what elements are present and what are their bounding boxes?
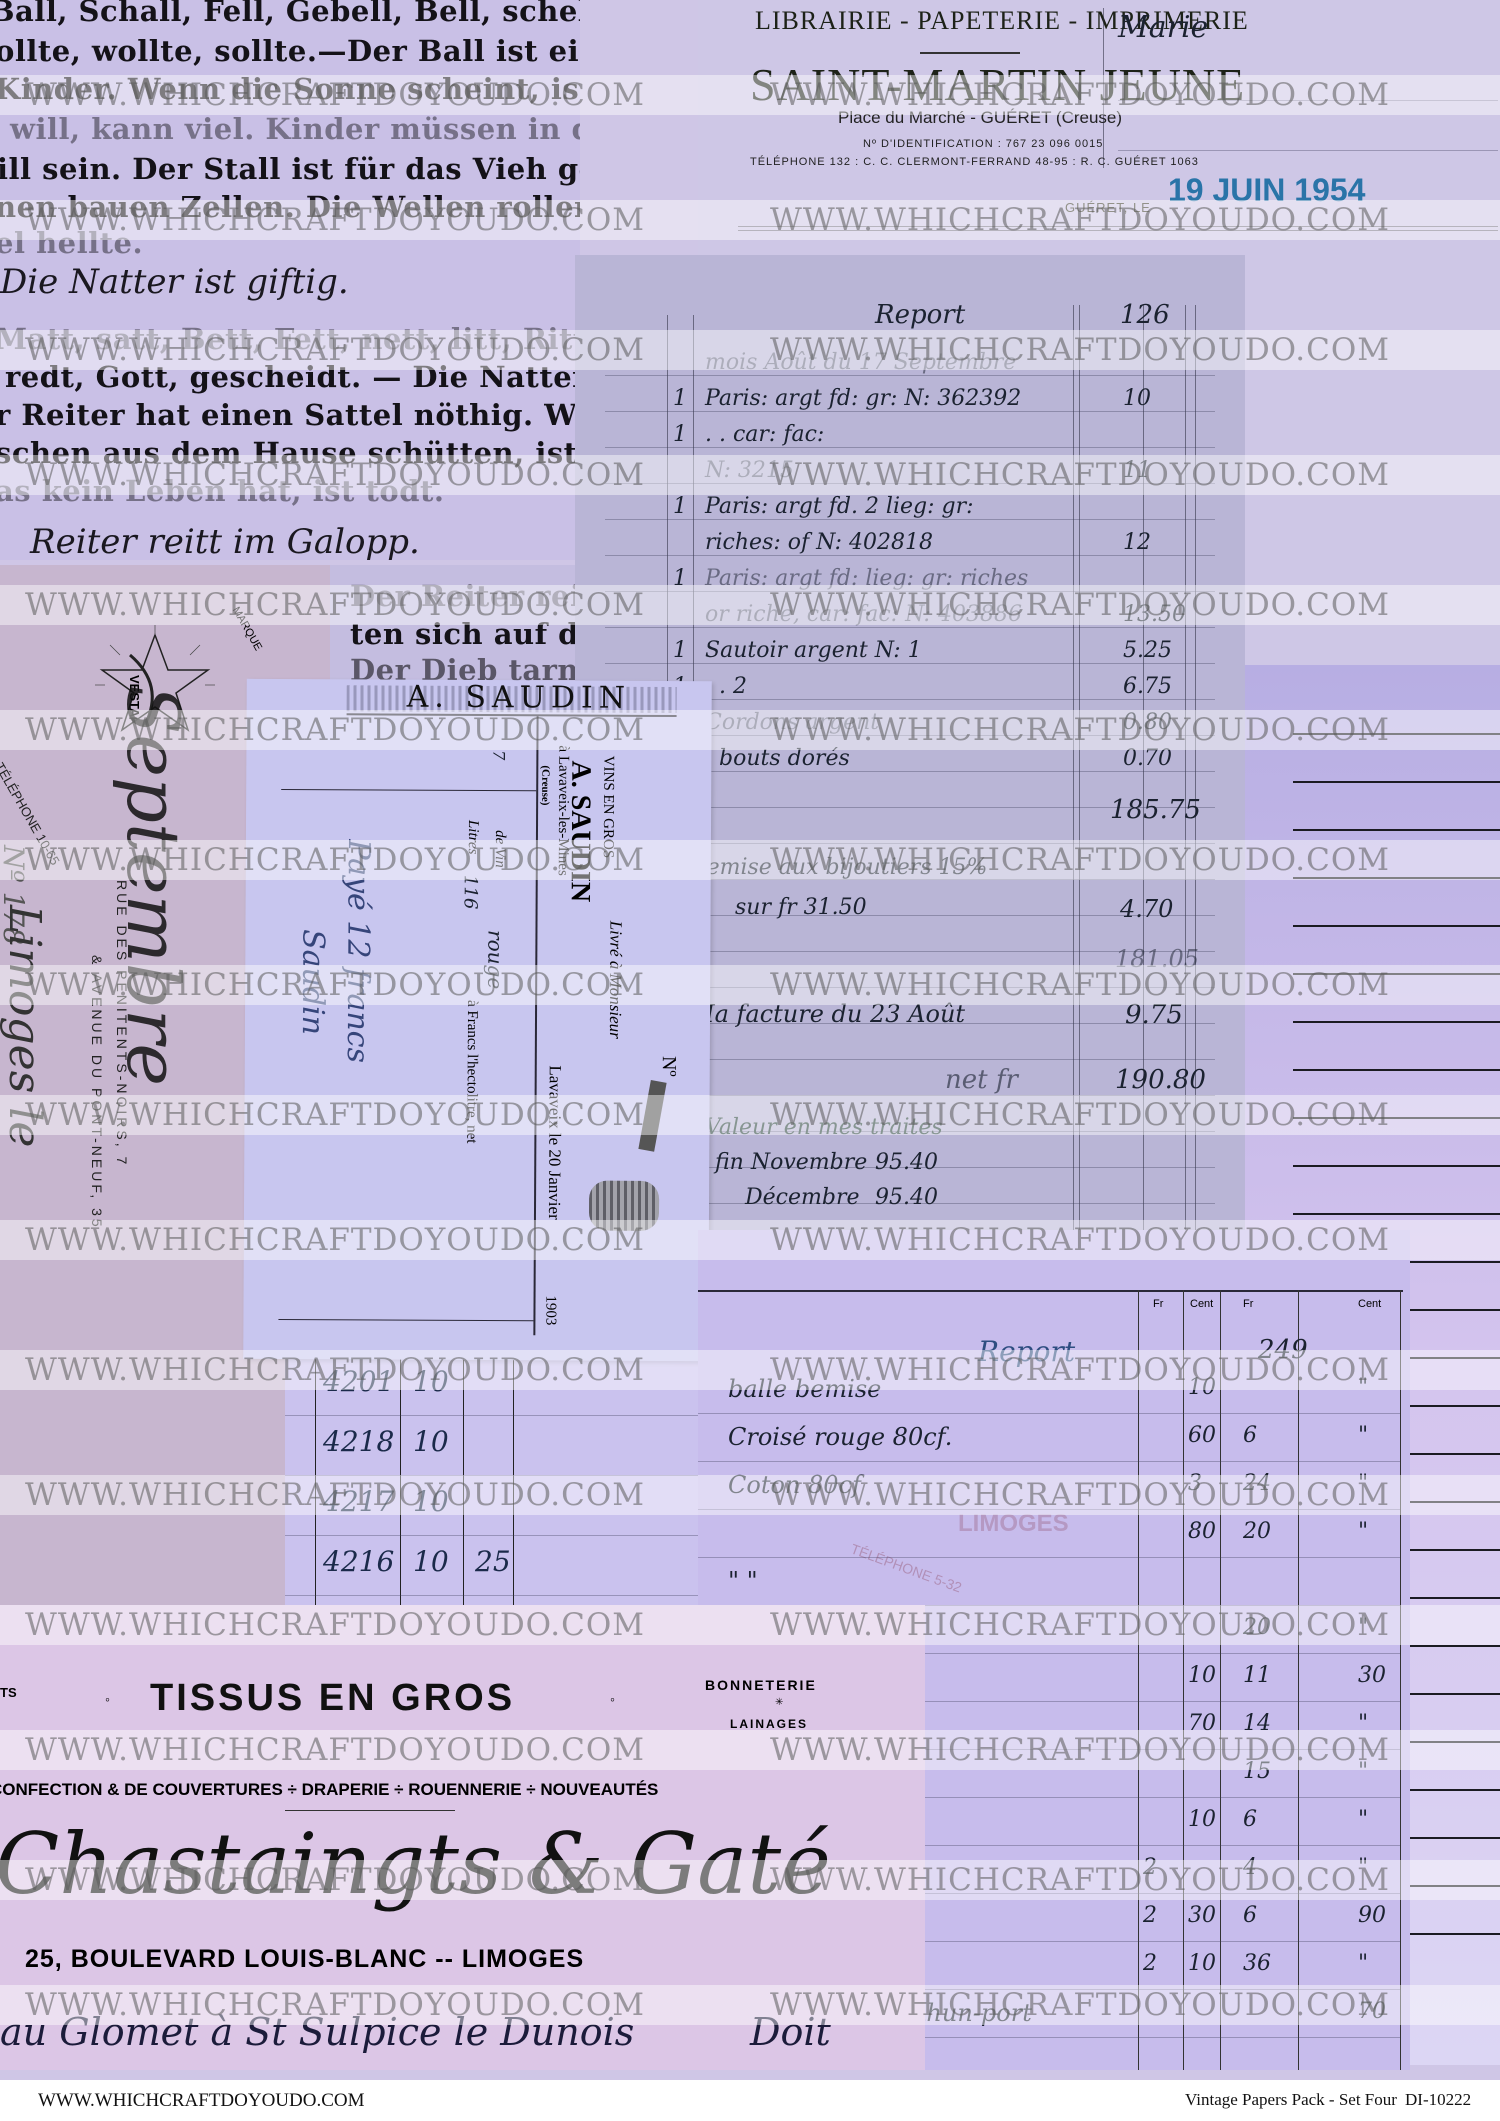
- ledger-fin-nov: fin Novembre: [715, 1150, 867, 1175]
- saudin-year: 1903: [541, 1295, 558, 1325]
- tissus-fragment: TS: [0, 1685, 17, 1700]
- saudin-no-label: Nº: [657, 1056, 680, 1077]
- col-header-fr: Fr: [1243, 1298, 1253, 1310]
- ornament-icon: ✳: [775, 1697, 783, 1708]
- footer-site: WWW.WHICHCRAFTDOYOUDO.COM: [38, 2090, 365, 2112]
- page-footer: WWW.WHICHCRAFTDOYOUDO.COM Vintage Papers…: [0, 2080, 1500, 2121]
- ledger-row-amount: 12: [1123, 530, 1151, 555]
- watermark-text: WWW.WHICHCRAFTDOYOUDO.COM: [770, 1732, 1390, 1768]
- invoice-stamp: TÉLÉPHONE 5-32: [849, 1541, 964, 1596]
- ledger-fin-dec: Décembre: [745, 1185, 859, 1210]
- ornament-icon: ◦: [105, 1691, 110, 1707]
- watermark-text: WWW.WHICHCRAFTDOYOUDO.COM: [770, 202, 1390, 238]
- ledger-row-amount: 10: [1123, 386, 1151, 411]
- rule: [1118, 150, 1498, 151]
- primer-line: will, kann viel. Kinder müssen in der: [10, 112, 580, 146]
- primer-line: Ball, Schall, Fell, Gebell, Bell, schell…: [0, 0, 580, 28]
- ledger-row-qty: 1: [673, 638, 687, 663]
- ledger-net-label: net fr: [945, 1065, 1018, 1095]
- tissus-address: 25, BOULEVARD LOUIS-BLANC -- LIMOGES: [25, 1945, 584, 1974]
- watermark-text: WWW.WHICHCRAFTDOYOUDO.COM: [25, 77, 645, 113]
- invoice-row-amount: 6: [1243, 1903, 1257, 1928]
- invoice-row-amount: 36: [1243, 1951, 1271, 1976]
- primer-line: ollte, wollte, sollte.—Der Ball ist ein …: [0, 34, 580, 68]
- invoice-row-amount: 10: [1188, 1663, 1216, 1688]
- watermark-text: WWW.WHICHCRAFTDOYOUDO.COM: [770, 1862, 1390, 1898]
- watermark-text: WWW.WHICHCRAFTDOYOUDO.COM: [770, 1097, 1390, 1133]
- watermark-text: WWW.WHICHCRAFTDOYOUDO.COM: [770, 457, 1390, 493]
- watermark-text: WWW.WHICHCRAFTDOYOUDO.COM: [770, 1477, 1390, 1513]
- watermark-text: WWW.WHICHCRAFTDOYOUDO.COM: [770, 842, 1390, 878]
- invoice-row-amount: 10: [1188, 1807, 1216, 1832]
- watermark-text: WWW.WHICHCRAFTDOYOUDO.COM: [770, 1352, 1390, 1388]
- left-ledger-cell: 4216: [323, 1545, 394, 1578]
- footer-code: DI-10222: [1405, 2090, 1471, 2110]
- invoice-row-amount: 90: [1358, 1903, 1386, 1928]
- watermark-text: WWW.WHICHCRAFTDOYOUDO.COM: [25, 1222, 645, 1258]
- ledger-report-label: Report: [875, 300, 965, 330]
- invoice-row-amount: ": [1358, 1951, 1368, 1976]
- left-ledger-cell: 4218: [323, 1425, 394, 1458]
- ledger-fin-nov-amount: 95.40: [875, 1150, 938, 1175]
- company-phone: TÉLÉPHONE 132 : C. C. CLERMONT-FERRAND 4…: [750, 156, 1199, 168]
- tissus-side-1: BONNETERIE: [705, 1677, 817, 1693]
- watermark-text: WWW.WHICHCRAFTDOYOUDO.COM: [25, 967, 645, 1003]
- left-ledger-cell: 25: [475, 1545, 511, 1578]
- watermark-text: WWW.WHICHCRAFTDOYOUDO.COM: [770, 967, 1390, 1003]
- handwritten-name: Marie: [1118, 10, 1208, 45]
- watermark-text: WWW.WHICHCRAFTDOYOUDO.COM: [25, 1477, 645, 1513]
- primer-line: ill sein. Der Stall ist für das Vieh geb…: [0, 152, 580, 186]
- watermark-text: WWW.WHICHCRAFTDOYOUDO.COM: [25, 587, 645, 623]
- invoice-row-amount: ": [1358, 1519, 1368, 1544]
- invoice-row-amount: 2: [1143, 1951, 1157, 1976]
- ledger-remise-amount: 4.70: [1120, 895, 1173, 923]
- ledger-row-amount: 6.75: [1123, 674, 1172, 699]
- watermark-text: WWW.WHICHCRAFTDOYOUDO.COM: [25, 1862, 645, 1898]
- watermark-text: WWW.WHICHCRAFTDOYOUDO.COM: [770, 77, 1390, 113]
- invoice-row-amount: 2: [1143, 1903, 1157, 1928]
- invoice-row-amount: ": [1358, 1807, 1368, 1832]
- watermark-text: WWW.WHICHCRAFTDOYOUDO.COM: [770, 1987, 1390, 2023]
- divider: [285, 1810, 455, 1811]
- invoice-row-amount: 30: [1358, 1663, 1386, 1688]
- watermark-text: WWW.WHICHCRAFTDOYOUDO.COM: [770, 712, 1390, 748]
- watermark-text: WWW.WHICHCRAFTDOYOUDO.COM: [770, 1222, 1390, 1258]
- primer-line: r Reiter hat einen Sattel nöthig. Was: [0, 398, 580, 432]
- german-primer-continuation: Der Reiter reit ten sich auf der Der Die…: [330, 565, 580, 685]
- watermark-text: WWW.WHICHCRAFTDOYOUDO.COM: [25, 1607, 645, 1643]
- watermark-text: WWW.WHICHCRAFTDOYOUDO.COM: [25, 457, 645, 493]
- left-ledger-cell: 10: [413, 1545, 449, 1578]
- invoice-row-amount: 80: [1188, 1519, 1216, 1544]
- divider: [920, 52, 1020, 54]
- primer-script-line: Reiter reitt im Galopp.: [30, 522, 420, 560]
- col-header-cent: Cent: [1358, 1298, 1381, 1310]
- invoice-row-amount: ": [1358, 1423, 1368, 1448]
- ledger-row-qty: 1: [673, 422, 687, 447]
- ledger-net-amount: 190.80: [1115, 1065, 1206, 1095]
- ledger-row-desc: Paris: argt fd: gr: N: 362392: [705, 386, 1021, 411]
- watermark-text: WWW.WHICHCRAFTDOYOUDO.COM: [770, 1607, 1390, 1643]
- ledger-row-desc: . . car: fac:: [705, 422, 824, 447]
- watermark-text: WWW.WHICHCRAFTDOYOUDO.COM: [25, 842, 645, 878]
- watermark-text: WWW.WHICHCRAFTDOYOUDO.COM: [770, 587, 1390, 623]
- ledger-fin-dec-amount: 95.40: [875, 1185, 938, 1210]
- invoice-row-amount: 11: [1243, 1663, 1271, 1688]
- saudin-litres-value: 116: [460, 875, 481, 909]
- ledger-row-desc: riches: of N: 402818: [705, 530, 933, 555]
- invoice-row-amount: 6: [1243, 1423, 1257, 1448]
- watermark-text: WWW.WHICHCRAFTDOYOUDO.COM: [25, 1352, 645, 1388]
- ledger-remise-sub: sur fr 31.50: [735, 895, 867, 920]
- ledger-subtotal: 185.75: [1110, 795, 1201, 825]
- tissus-title: TISSUS EN GROS: [150, 1677, 515, 1720]
- primer-script-line: Die Natter ist giftig.: [0, 262, 349, 302]
- watermark-text: WWW.WHICHCRAFTDOYOUDO.COM: [770, 332, 1390, 368]
- saudin-qty: 7: [489, 750, 508, 760]
- ledger-row-desc: Sautoir argent N: 1: [705, 638, 922, 663]
- invoice-row-desc: " ": [728, 1567, 758, 1595]
- invoice-row-amount: 30: [1188, 1903, 1216, 1928]
- invoice-row-desc: Croisé rouge 80cf.: [728, 1423, 952, 1451]
- watermark-text: WWW.WHICHCRAFTDOYOUDO.COM: [25, 712, 645, 748]
- invoice-row-amount: 20: [1243, 1519, 1271, 1544]
- ledger-report-value: 126: [1120, 300, 1170, 330]
- saudin-date-line: Lavaveix le 20 Janvier: [544, 1065, 565, 1219]
- watermark-text: WWW.WHICHCRAFTDOYOUDO.COM: [25, 202, 645, 238]
- invoice-row-amount: 10: [1188, 1951, 1216, 1976]
- left-ledger-cell: 10: [413, 1425, 449, 1458]
- saudin-dept: (Creuse): [539, 765, 551, 805]
- invoice-row-amount: 60: [1188, 1423, 1216, 1448]
- ledger-row-amount: 5.25: [1123, 638, 1172, 663]
- ledger-row-qty: 1: [673, 494, 687, 519]
- ornament-icon: ◦: [610, 1691, 615, 1707]
- col-header-fr: Fr: [1153, 1298, 1163, 1310]
- tissus-side-2: LAINAGES: [730, 1717, 808, 1731]
- watermark-text: WWW.WHICHCRAFTDOYOUDO.COM: [25, 1987, 645, 2023]
- tissus-categories: CONFECTION & DE COUVERTURES ÷ DRAPERIE ÷…: [0, 1780, 658, 1800]
- watermark-text: WWW.WHICHCRAFTDOYOUDO.COM: [25, 1097, 645, 1133]
- footer-pack-title: Vintage Papers Pack - Set Four: [1185, 2090, 1397, 2110]
- invoice-row-amount: 6: [1243, 1807, 1257, 1832]
- watermark-text: WWW.WHICHCRAFTDOYOUDO.COM: [25, 332, 645, 368]
- col-header-cent: Cent: [1190, 1298, 1213, 1310]
- ledger-row-qty: 1: [673, 386, 687, 411]
- ledger-row-desc: Paris: argt fd. 2 lieg: gr:: [705, 494, 974, 519]
- company-ident: Nº D'IDENTIFICATION : 767 23 096 0015: [863, 138, 1103, 150]
- watermark-text: WWW.WHICHCRAFTDOYOUDO.COM: [25, 1732, 645, 1768]
